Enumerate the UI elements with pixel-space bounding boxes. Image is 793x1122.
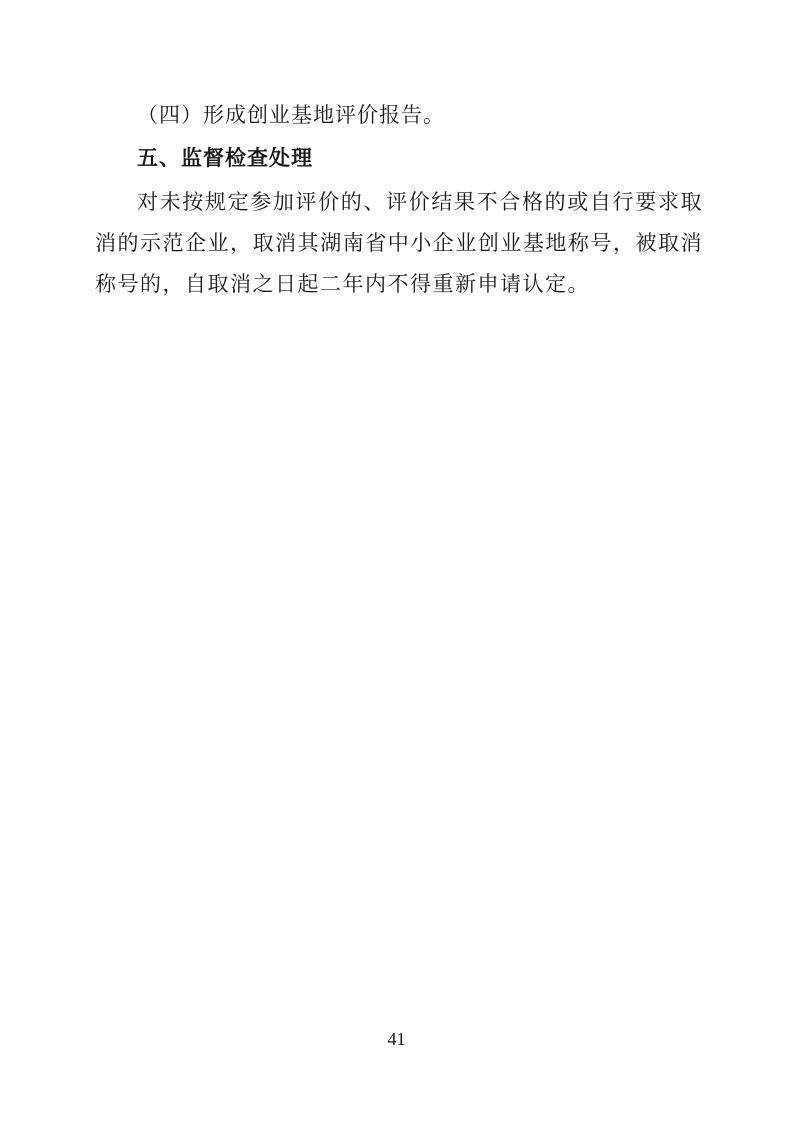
body-paragraph: 对未按规定参加评价的、评价结果不合格的或自行要求取消的示范企业，取消其湖南省中小…	[95, 182, 703, 305]
section-heading-five: 五、监督检查处理	[95, 138, 703, 179]
document-body: （四）形成创业基地评价报告。 五、监督检查处理 对未按规定参加评价的、评价结果不…	[95, 95, 703, 305]
list-item-four: （四）形成创业基地评价报告。	[95, 95, 703, 136]
document-page: （四）形成创业基地评价报告。 五、监督检查处理 对未按规定参加评价的、评价结果不…	[0, 0, 793, 1122]
page-number: 41	[0, 1028, 793, 1050]
